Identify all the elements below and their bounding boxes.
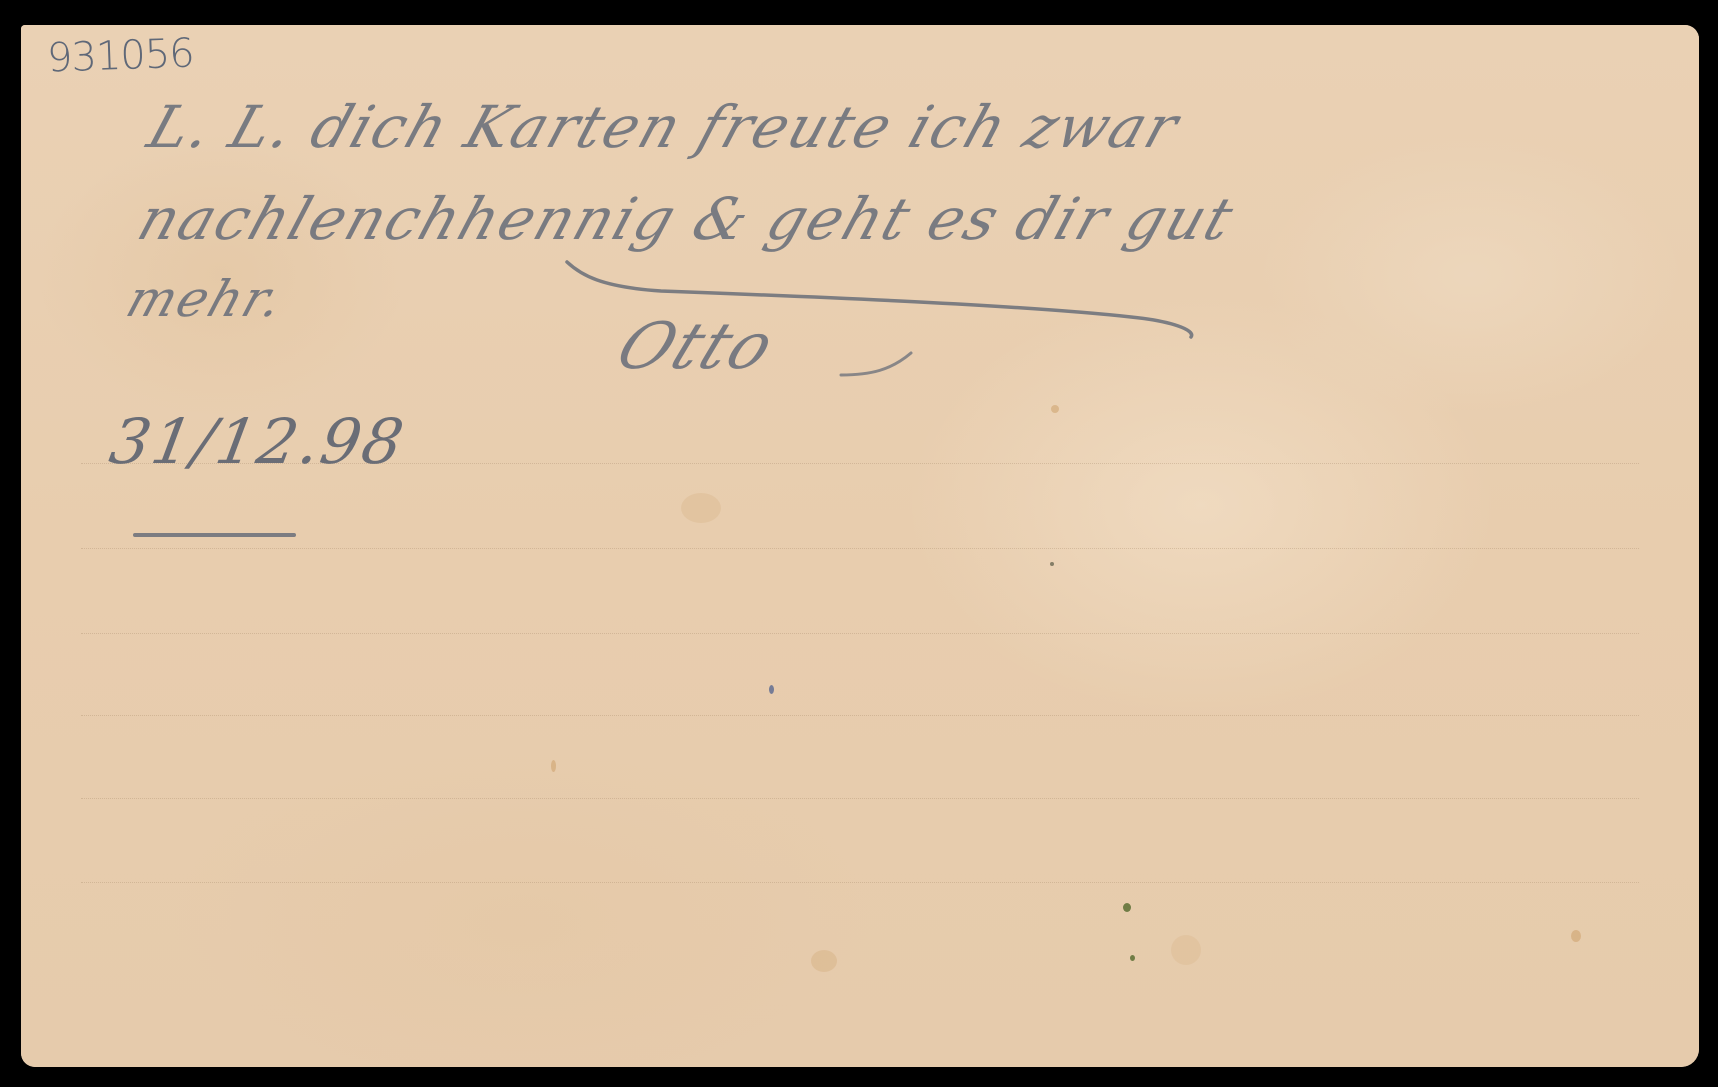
foxing-spot [811, 950, 837, 972]
foxing-spot [1171, 935, 1201, 965]
handwritten-line-2: nachlenchhennig & geht es dir gut [130, 185, 1243, 253]
ruled-line [81, 548, 1639, 549]
handwritten-line-3: mehr. [120, 270, 292, 328]
handwritten-line-1: L. L. dich Karten freute ich zwar [140, 93, 1188, 161]
ink-speck [769, 685, 774, 694]
ink-speck [1050, 562, 1054, 566]
date-underline [133, 533, 296, 537]
foxing-spot [681, 493, 721, 523]
foxing-spot [1051, 405, 1059, 413]
archive-number: 931056 [46, 30, 194, 81]
date: 31/12.98 [105, 405, 411, 478]
ruled-line [81, 798, 1639, 799]
ink-speck [1123, 903, 1131, 912]
signature: Otto [606, 310, 786, 384]
paper-texture [21, 25, 1699, 1067]
postcard: 931056 L. L. dich Karten freute ich zwar… [21, 25, 1699, 1067]
ink-speck [1130, 955, 1135, 961]
ruled-line [81, 633, 1639, 634]
ruled-line [81, 882, 1639, 883]
foxing-spot [551, 760, 556, 772]
ruled-line [81, 715, 1639, 716]
foxing-spot [1571, 930, 1581, 942]
